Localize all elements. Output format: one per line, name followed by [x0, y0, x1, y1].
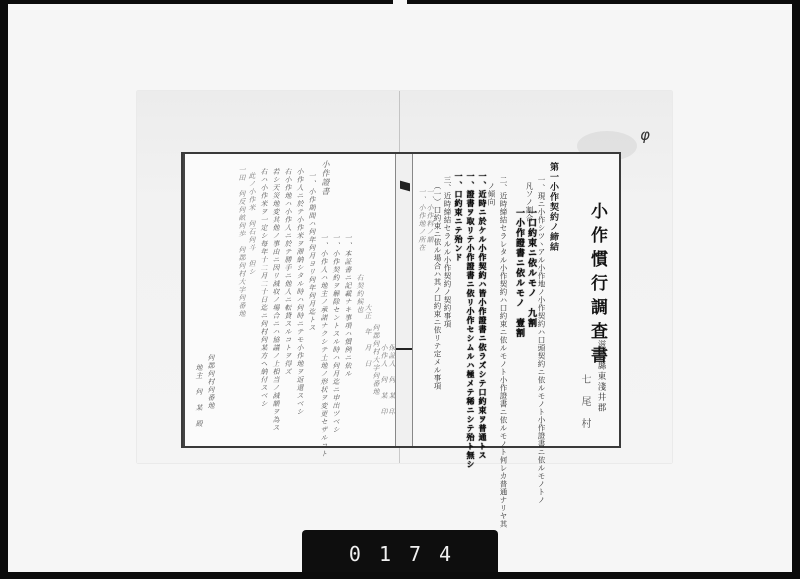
deed-line: 右契約候也: [356, 274, 363, 314]
item-2-continuation: ノ傾向: [488, 182, 496, 206]
deed-tenant-signature: 小作人 何 某 印: [380, 344, 387, 416]
item-2-answer-b: 一、證書ヲ取リテ小作證書ニ依リ小作セシムルハ極メテ稀ニシテ殆ト無シ: [467, 172, 475, 469]
item-3-question: 三、近時締結セラルル小作契約ノ契約事項: [444, 176, 452, 328]
item-1-answer-deed: 一小作證書ニ依ルモノ 壹割: [514, 208, 523, 338]
binding-tab: [400, 181, 410, 192]
deed-line: 一、本証書ニ記載ナキ事項ハ慣例ニ依ル: [344, 234, 351, 378]
film-bottom-edge: [0, 572, 800, 579]
deed-line: 此ノ小作米 何石何斗 但シ: [248, 172, 255, 276]
item-3-answer-a: 一、小作料ノ額: [426, 188, 433, 244]
item-2-question: 二、近時締結セラレタル小作契約ハ口約束ニ依ルモノト小作證書ニ依ルモノト何レカ普通…: [500, 176, 508, 528]
deed-line: 若シ天災地変其他ノ事由ニ因リ減収ノ場合ニハ協議ノ上相当ノ減額ヲ為ス: [272, 168, 279, 432]
item-3-subquestion: （一）口約束ニ依ル場合ハ其ノ口約束ニ依リテ定メル事項: [434, 182, 442, 390]
item-2-answer-a: 一、近時ニ於ケル小作契約ハ皆小作證書ニ依ラズシテ口約束ヲ普通トス: [479, 172, 487, 460]
deed-landlord-address: 何郡何村何番地: [207, 354, 214, 410]
deed-date: 大正 年 月 日: [364, 304, 371, 368]
page-border-rule: [183, 154, 185, 446]
item-1-question: 一、現ニ小作シツヽアル小作地ノ小作契約ハ口頭契約ニ依ルモノト小作證書ニ依ルモノト…: [538, 176, 546, 504]
deed-line: 一、小作契約ヲ解除セントスル時ハ何月迄ニ申出ヅベシ: [332, 234, 339, 434]
binding-bar: [396, 348, 412, 350]
item-1-answer-verbal: 一口約束ニ依ルモノ 九割: [526, 208, 535, 328]
film-notch: [393, 0, 407, 6]
deed-guarantor-signature: 保証人 何 某 印: [388, 344, 395, 416]
right-page-survey: 小作慣行調査書 滋賀縣東淺井郡 七尾村 第一小作契約ノ締結 一、現ニ小作シツヽア…: [413, 154, 619, 446]
deed-line: 小作人ニ於テ小作米ヲ滞納シタル時ハ何時ニテモ小作地ヲ返還スベシ: [296, 168, 303, 416]
deed-landlord: 地主 何 某 殿: [195, 364, 202, 428]
deed-line: 一田 何反何畝何歩 何郡何村大字何番地: [238, 166, 245, 318]
prefecture-district: 滋賀縣東淺井郡: [597, 340, 606, 414]
item-2-answer-c: 一、口約束ニテ殆ンド: [455, 172, 463, 262]
page-annotation: φ: [640, 126, 650, 144]
document-spread: 小作證書 一田 何反何畝何歩 何郡何村大字何番地 此ノ小作米 何石何斗 但シ 右…: [181, 152, 621, 448]
book-binding: [395, 154, 413, 446]
deed-line: 一、小作人ハ地主ノ承諾ナクシテ土地ノ形状ヲ変更セザルコト: [320, 234, 327, 458]
deed-heading: 小作證書: [321, 160, 329, 196]
deed-line: 一、小作期間ハ何年何月ヨリ何年何月迄トス: [308, 172, 315, 332]
deed-address: 何郡何村大字何番地: [372, 324, 379, 396]
deed-line: 右ハ小作米ヲ一定シ每年十二月二十日迄ニ何村何某方ヘ納付スベシ: [260, 168, 267, 408]
frame-number: 0174: [302, 542, 498, 566]
deed-line: 右小作地ハ小作人ニ於テ勝手ニ他人ニ転貸スルコトヲ得ズ: [284, 168, 291, 376]
section-heading: 第一小作契約ノ締結: [548, 162, 557, 252]
item-3-answer-b: 一、小作地ノ所在: [418, 188, 425, 252]
left-page-handwritten-deed: 小作證書 一田 何反何畝何歩 何郡何村大字何番地 此ノ小作米 何石何斗 但シ 右…: [183, 154, 396, 446]
village-name: 七尾村: [579, 374, 589, 440]
